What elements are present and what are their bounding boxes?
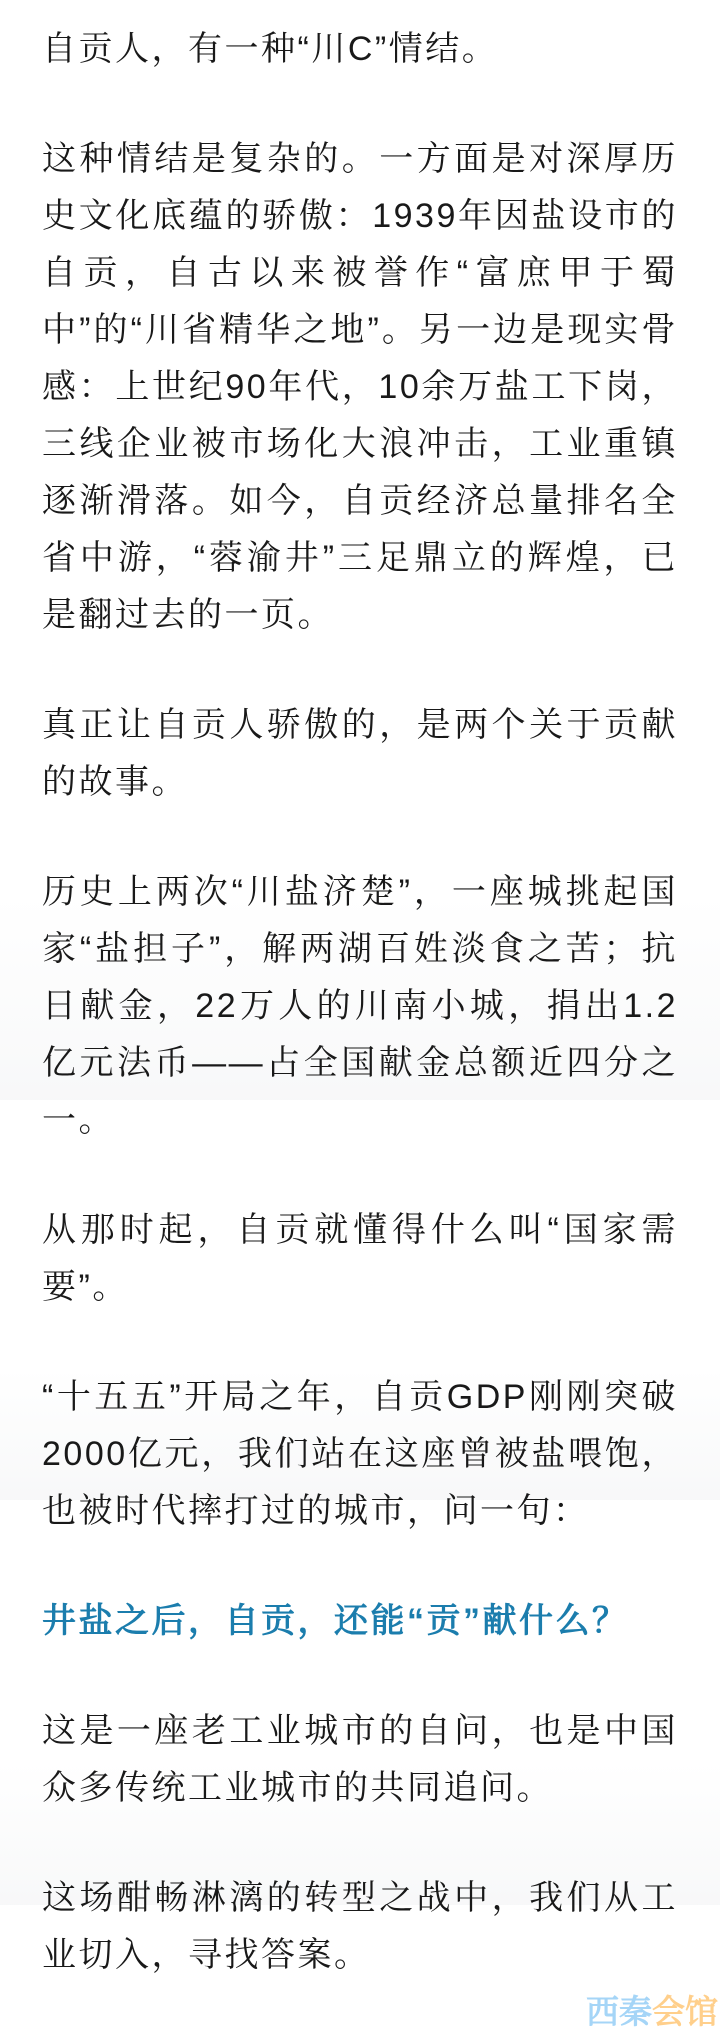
watermark-logo: 西秦会馆 [586,1986,718,2027]
watermark-text-part2: 会馆 [652,1993,718,2027]
article-paragraph: 从那时起，自贡就懂得什么叫“国家需要”。 [42,1202,678,1316]
article-paragraph: 真正让自贡人骄傲的，是两个关于贡献的故事。 [42,697,678,811]
article-paragraph: 这是一座老工业城市的自问，也是中国众多传统工业城市的共同追问。 [42,1703,678,1817]
article-paragraph: 井盐之后，自贡，还能“贡”献什么？ [42,1593,678,1650]
article-paragraph: 这种情结是复杂的。一方面是对深厚历史文化底蕴的骄傲：1939年因盐设市的自贡，自… [42,131,678,644]
article-paragraph: 历史上两次“川盐济楚”，一座城挑起国家“盐担子”，解两湖百姓淡食之苦；抗日献金，… [42,864,678,1149]
watermark-text-part1: 西秦 [586,1993,652,2027]
article-paragraph: 自贡人，有一种“川C”情结。 [42,21,678,78]
article-paragraph: “十五五”开局之年，自贡GDP刚刚突破2000亿元，我们站在这座曾被盐喂饱，也被… [42,1369,678,1540]
article-body: 自贡人，有一种“川C”情结。这种情结是复杂的。一方面是对深厚历史文化底蕴的骄傲：… [0,0,720,1984]
article-paragraph: 这场酣畅淋漓的转型之战中，我们从工业切入，寻找答案。 [42,1870,678,1984]
